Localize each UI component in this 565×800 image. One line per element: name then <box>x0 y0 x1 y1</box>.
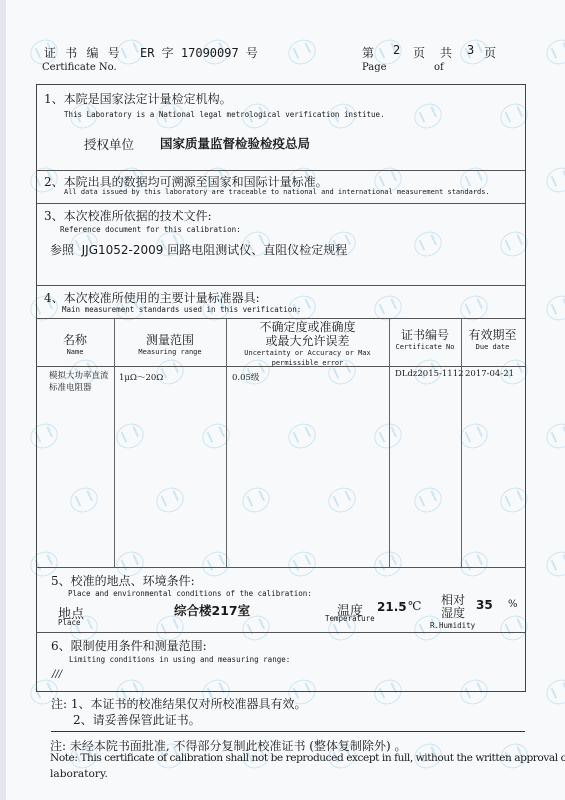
table-column-divider <box>389 318 390 567</box>
section3-title-en: Reference document for this calibration: <box>60 225 241 234</box>
note-1: 注: 1、本证书的校准结果仅对所校准器具有效。 <box>51 695 307 712</box>
total-label-cn: 共 <box>440 44 452 61</box>
humidity-value: 35 <box>476 598 493 612</box>
section6-title-en: Limiting conditions in using and measuri… <box>69 655 290 664</box>
watermark-logo-icon <box>542 547 565 581</box>
authorizing-unit-value: 国家质量监督检验检疫总局 <box>160 134 310 152</box>
temperature-unit: ℃ <box>408 599 421 613</box>
section4-title: 4、本次校准所使用的主要计量标准器具: <box>44 289 260 306</box>
of-label-en: of <box>434 62 444 73</box>
temperature-label-en: Temperature <box>325 614 375 623</box>
cell-range: 1μΩ～20Ω <box>119 371 163 383</box>
divider <box>36 567 525 568</box>
place-label-en: Place <box>58 618 81 627</box>
divider <box>36 203 525 204</box>
section5-title-en: Place and environmental conditions of th… <box>68 589 312 598</box>
cell-name: 模拟大功率直流 标准电阻器 <box>49 370 109 394</box>
humidity-unit: % <box>508 599 518 610</box>
section1-title-en: This Laboratory is a National legal metr… <box>64 110 385 119</box>
watermark-logo-icon <box>542 35 565 69</box>
page-label-en: Page <box>362 62 387 73</box>
section6-title: 6、限制使用条件和测量范围: <box>51 637 207 654</box>
humidity-label-en: R.Humidity <box>430 621 475 630</box>
section5-title: 5、校准的地点、环境条件: <box>51 572 195 589</box>
column-header-due-date: 有效期至 Due date <box>461 326 524 351</box>
divider <box>36 170 525 171</box>
footer-note-en: Note: This certificate of calibration sh… <box>50 752 565 764</box>
page-unit-cn: 页 <box>413 44 425 61</box>
section2-title-en: All data issued by this laboratory are t… <box>64 188 490 196</box>
humidity-label: 相对 湿度 <box>441 594 465 620</box>
watermark-logo-icon <box>542 163 565 197</box>
column-header-certificate-no: 证书编号 Certificate No <box>389 326 461 351</box>
watermark-logo-icon <box>542 291 565 325</box>
limiting-conditions-value: /// <box>52 669 62 680</box>
note-2: 2、请妥善保管此证书。 <box>73 711 201 728</box>
divider <box>36 285 525 286</box>
temperature-value: 21.5 <box>377 600 407 614</box>
certificate-number-label: 证 书 编 号 <box>44 44 121 61</box>
divider <box>36 632 525 633</box>
page-current: 2 <box>393 43 400 57</box>
divider <box>36 318 525 319</box>
page-label-cn: 第 <box>362 44 374 61</box>
scan-edge <box>0 0 6 800</box>
reference-document: 参照 JJG1052-2009 回路电阻测试仪、直阻仪检定规程 <box>50 241 347 258</box>
section4-title-en: Main measurement standards used in this … <box>62 305 301 314</box>
watermark-logo-icon <box>542 675 565 709</box>
cell-accuracy: 0.05级 <box>232 371 259 383</box>
total-unit-cn: 页 <box>484 44 496 61</box>
section3-title: 3、本次校准所依据的技术文件: <box>44 207 212 224</box>
certificate-number: ER 字 17090097 号 <box>140 44 258 61</box>
section1-title: 1、本院是国家法定计量检定机构。 <box>44 90 232 107</box>
page-total: 3 <box>467 43 474 57</box>
footer-note-en-cont: laboratory. <box>50 768 108 780</box>
footer-divider <box>51 731 525 732</box>
place-value: 综合楼217室 <box>174 601 250 619</box>
cell-due-date: 2017-04-21 <box>465 369 514 379</box>
watermark-logo-icon <box>284 35 320 69</box>
table-column-divider <box>461 318 462 567</box>
column-header-name: 名称 Name <box>36 331 114 356</box>
cell-certificate-no: DLdz2015-1112 <box>395 369 464 379</box>
column-header-uncertainty: 不确定度或准确度 或最大允许误差 Uncertainty or Accuracy… <box>226 320 389 368</box>
column-header-range: 测量范围 Measuring range <box>114 331 226 356</box>
certificate-number-label-en: Certificate No. <box>42 62 117 73</box>
watermark-logo-icon <box>542 419 565 453</box>
authorizing-unit-label: 授权单位 <box>84 135 134 153</box>
